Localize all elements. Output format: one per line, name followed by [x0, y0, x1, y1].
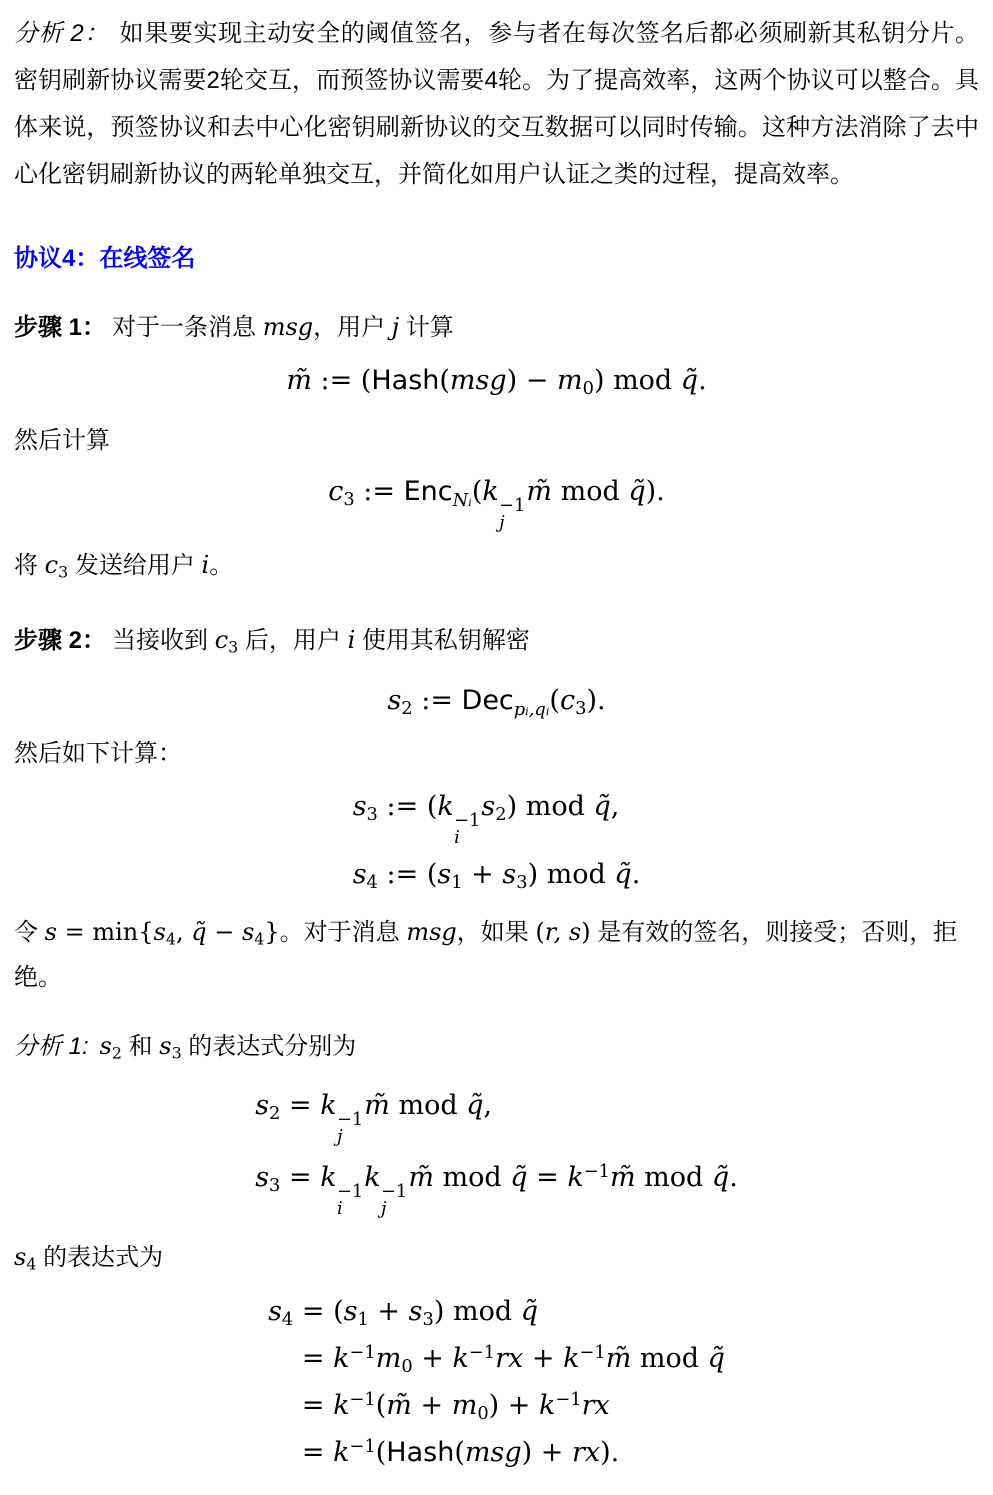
math-superscript: −1: [584, 1161, 610, 1182]
math-italic-run: q̃: [681, 365, 698, 396]
math-roman-run: := (: [312, 365, 371, 396]
math-italic-run: k: [364, 1162, 380, 1193]
math-subsup: −1i: [454, 813, 480, 847]
math-italic-run: rx: [572, 1437, 600, 1468]
math-roman-run: := (: [387, 791, 438, 822]
analysis-1-line: 分析 1:s2 和 s3 的表达式分别为: [14, 1029, 979, 1070]
math-subscript: 2: [269, 1103, 280, 1124]
s4-expression-intro-line: s4 的表达式为: [14, 1240, 979, 1281]
math-italic-run: rx: [582, 1390, 610, 1421]
math-roman-run: ).: [600, 1437, 619, 1468]
math-italic-run: c: [215, 626, 228, 654]
math-italic-run: q̃: [521, 1296, 538, 1327]
math-roman-run: (: [454, 1437, 465, 1468]
equation-lhs: s4: [268, 1289, 293, 1336]
math-roman-run: −: [207, 918, 242, 946]
math-roman-run: mod: [636, 1162, 712, 1193]
math-subscript: 3: [516, 871, 527, 892]
math-subsup: −1j: [337, 1112, 363, 1146]
text-run: ，如果: [457, 919, 536, 946]
formula-s2-s3-expressions: s2= k−1jm̃ mod q̃,s3= k−1ik−1jm̃ mod q̃ …: [14, 1080, 979, 1224]
math-roman-run: (: [549, 685, 560, 716]
math-italic-run: k: [453, 1343, 469, 1374]
math-roman-run: ) mod: [528, 859, 615, 890]
math-subscript: 2: [112, 1043, 122, 1062]
math-italic-run: k: [437, 791, 453, 822]
math-roman-run: +: [523, 1343, 563, 1374]
equation-rhs: = k−1jm̃ mod q̃,: [289, 1080, 738, 1152]
math-italic-run: s: [242, 918, 254, 946]
math-roman-run: :=: [413, 685, 462, 716]
math-roman-run: (: [472, 476, 483, 507]
math-italic-run: q̃: [510, 1162, 527, 1193]
text-run: 。对于消息: [280, 919, 407, 946]
math-roman-run: ) −: [507, 365, 557, 396]
math-subscript: 1: [451, 871, 462, 892]
text-run: 发送给用户: [68, 552, 201, 579]
math-italic-run: m̃: [408, 1162, 434, 1193]
equation-rhs: = k−1ik−1jm̃ mod q̃ = k−1m̃ mod q̃.: [289, 1152, 738, 1224]
math-subscript: 0: [477, 1403, 488, 1424]
math-roman-run: ) mod: [434, 1296, 521, 1327]
text-run: 令: [14, 919, 45, 946]
equation-rhs: = k−1(Hash(msg) + rx).: [302, 1430, 725, 1475]
math-roman-run: = (: [302, 1296, 344, 1327]
math-italic-run: q̃: [614, 859, 631, 890]
math-italic-run: q̃: [593, 791, 610, 822]
then-compute-line: 然后计算: [14, 424, 979, 458]
formula-c3-enc: c3 := EncNᵢ(k−1jm̃ mod q̃).: [14, 472, 979, 532]
math-italic-run: s: [154, 918, 166, 946]
math-italic-run: k: [333, 1343, 349, 1374]
italic-text-run: 分析 2：: [14, 20, 109, 47]
math-roman-run: mod: [552, 476, 628, 507]
text-run: 计算: [399, 314, 454, 341]
math-subscript: 0: [401, 1356, 412, 1377]
math-italic-run: m̃: [606, 1343, 632, 1374]
math-subscript: 4: [254, 930, 264, 949]
text-run: 使用其私钥解密: [355, 627, 530, 654]
math-subscript: 0: [583, 378, 594, 399]
math-italic-run: m̃: [286, 365, 312, 396]
math-roman-run: +: [412, 1390, 452, 1421]
math-subscript: pᵢ,qᵢ: [514, 699, 550, 720]
math-italic-run: m: [557, 365, 583, 396]
math-italic-run: m̃: [610, 1162, 636, 1193]
math-roman-run: =: [302, 1343, 333, 1374]
text-run: ，用户: [313, 314, 392, 341]
math-italic-run: s: [255, 1090, 269, 1121]
math-roman-run: =: [528, 1162, 568, 1193]
math-italic-run: q̃: [712, 1162, 729, 1193]
math-roman-run: mod: [434, 1162, 510, 1193]
math-italic-run: s: [344, 1296, 358, 1327]
math-sans-run: Enc: [404, 476, 453, 507]
math-subsup: −1j: [499, 498, 525, 532]
math-italic-run: s: [353, 859, 367, 890]
equation-rhs: = k−1(m̃ + m0) + k−1rx: [302, 1383, 725, 1430]
math-italic-run: s: [437, 859, 451, 890]
formula-s3-s4-block: s3:= (k−1is2) mod q̃,s4:= (s1 + s3) mod …: [14, 783, 979, 900]
math-italic-run: s: [409, 1296, 423, 1327]
math-superscript: −1: [469, 1342, 495, 1363]
math-roman-run: ).: [586, 685, 605, 716]
math-roman-run: +: [413, 1343, 453, 1374]
math-italic-run: s: [255, 1162, 269, 1193]
math-subscript: 4: [166, 930, 176, 949]
math-italic-run: msg: [450, 365, 507, 396]
text-run: 后，用户: [238, 627, 347, 654]
math-roman-run: =: [289, 1090, 320, 1121]
math-roman-run: mod: [631, 1343, 707, 1374]
math-subscript: 4: [26, 1254, 36, 1273]
formula-s2-dec: s2 := Decpᵢ,qᵢ(c3).: [14, 681, 979, 723]
equation-rhs: := (s1 + s3) mod q̃.: [387, 851, 641, 900]
math-italic-run: k: [567, 1162, 583, 1193]
math-italic-run: s: [99, 1032, 111, 1060]
math-roman-run: ) mod: [594, 365, 681, 396]
math-italic-run: s: [502, 859, 516, 890]
math-roman-run: ,: [484, 1090, 493, 1121]
equation-lhs: [268, 1455, 293, 1461]
math-subsup: −1j: [381, 1184, 407, 1218]
math-superscript: −1: [555, 1389, 581, 1410]
math-roman-run: ,: [611, 791, 620, 822]
math-italic-run: s: [353, 791, 367, 822]
math-superscript: −1: [349, 1389, 375, 1410]
math-subscript: 3: [228, 638, 238, 657]
math-italic-run: q̃: [191, 918, 206, 946]
equation-lhs: [268, 1408, 293, 1414]
math-italic-run: r, s: [545, 918, 581, 946]
math-italic-run: q̃: [628, 476, 645, 507]
math-italic-run: s: [481, 791, 495, 822]
math-sans-run: Dec: [462, 685, 514, 716]
bold-text-run: 步骤 1：: [14, 314, 106, 341]
text-run: 如果要实现主动安全的阈值签名，参与者在每次签名后都必须刷新其私钥分片。密钥刷新协…: [14, 20, 979, 188]
math-italic-run: k: [539, 1390, 555, 1421]
math-roman-run: ) mod: [507, 791, 594, 822]
math-subscript: 3: [367, 804, 378, 825]
math-italic-run: k: [333, 1437, 349, 1468]
let-s-min-line: 令 s = min{s4, q̃ − s4}。对于消息 msg，如果 (r, s…: [14, 913, 979, 996]
math-italic-run: m: [452, 1390, 478, 1421]
math-italic-run: c: [328, 476, 343, 507]
math-roman-run: := (: [387, 859, 438, 890]
math-superscript: −1: [579, 1342, 605, 1363]
math-italic-run: msg: [465, 1437, 522, 1468]
math-subscript: Nᵢ: [453, 490, 472, 511]
math-italic-run: c: [560, 685, 575, 716]
math-roman-run: ) +: [489, 1390, 539, 1421]
math-roman-run: (: [439, 365, 450, 396]
text-run: 的表达式为: [36, 1244, 163, 1271]
formula-s4-derivation: s4= (s1 + s3) mod q̃= k−1m0 + k−1rx + k−…: [14, 1289, 979, 1475]
equation-rhs: := (k−1is2) mod q̃,: [387, 783, 641, 851]
math-subscript: 3: [343, 489, 354, 510]
math-italic-run: m̃: [526, 476, 552, 507]
math-roman-run: }: [264, 918, 279, 946]
math-italic-run: m: [376, 1343, 402, 1374]
math-italic-run: c: [45, 551, 58, 579]
math-roman-run: mod: [390, 1090, 466, 1121]
math-roman-run: =: [302, 1390, 333, 1421]
math-subscript: 1: [358, 1309, 369, 1330]
equation-rhs: = (s1 + s3) mod q̃: [302, 1289, 725, 1336]
math-roman-run: (: [376, 1390, 387, 1421]
equation-lhs: s3: [255, 1152, 280, 1205]
text-run: 。: [209, 552, 233, 579]
math-roman-run: .: [729, 1162, 738, 1193]
text-run: 和: [122, 1033, 159, 1060]
math-italic-run: q̃: [466, 1090, 483, 1121]
math-roman-run: ).: [646, 476, 665, 507]
math-italic-run: s: [268, 1296, 282, 1327]
math-superscript: −1: [349, 1342, 375, 1363]
math-italic-run: k: [333, 1390, 349, 1421]
math-subscript: 2: [401, 698, 412, 719]
math-roman-run: ): [581, 918, 590, 946]
math-subscript: 3: [269, 1175, 280, 1196]
math-italic-run: s: [387, 685, 401, 716]
math-roman-run: +: [463, 859, 503, 890]
document-page: 分析 2：如果要实现主动安全的阈值签名，参与者在每次签名后都必须刷新其私钥分片。…: [14, 10, 979, 1475]
math-sans-run: Hash: [386, 1437, 454, 1468]
math-italic-run: k: [482, 476, 498, 507]
math-subscript: 3: [58, 562, 68, 581]
math-roman-run: .: [698, 365, 707, 396]
text-run: 当接收到: [112, 627, 215, 654]
math-italic-run: s: [14, 1243, 26, 1271]
then-compute-2-line: 然后如下计算：: [14, 737, 979, 771]
text-run: 将: [14, 552, 45, 579]
math-italic-run: rx: [495, 1343, 523, 1374]
equation-lhs: [268, 1361, 293, 1367]
equation-lhs: s3: [353, 783, 378, 832]
math-subscript: 4: [367, 871, 378, 892]
math-roman-run: = min{: [57, 918, 154, 946]
math-roman-run: :=: [355, 476, 404, 507]
math-subscript: 3: [575, 698, 586, 719]
equation-lhs: s4: [353, 851, 378, 900]
equation-rhs: = k−1m0 + k−1rx + k−1m̃ mod q̃: [302, 1336, 725, 1383]
math-subsup: −1i: [337, 1184, 363, 1218]
math-italic-run: msg: [263, 313, 313, 341]
math-italic-run: m̃: [386, 1390, 412, 1421]
math-roman-run: =: [302, 1437, 333, 1468]
italic-text-run: 分析 1:: [14, 1033, 89, 1060]
math-roman-run: =: [289, 1162, 320, 1193]
math-roman-run: +: [369, 1296, 409, 1327]
step-1-line: 步骤 1：对于一条消息 msg，用户 j 计算: [14, 310, 979, 345]
equation-lhs: s2: [255, 1080, 280, 1133]
step-2-line: 步骤 2：当接收到 c3 后，用户 i 使用其私钥解密: [14, 623, 979, 664]
bold-text-run: 步骤 2：: [14, 627, 106, 654]
math-roman-run: (: [376, 1437, 387, 1468]
math-subscript: 3: [172, 1043, 182, 1062]
math-italic-run: k: [320, 1162, 336, 1193]
math-italic-run: s: [159, 1032, 171, 1060]
send-c3-line: 将 c3 发送给用户 i。: [14, 548, 979, 589]
formula-m-tilde: m̃ := (Hash(msg) − m0) mod q̃.: [14, 361, 979, 402]
math-italic-run: k: [320, 1090, 336, 1121]
math-italic-run: s: [45, 918, 57, 946]
analysis-2-paragraph: 分析 2：如果要实现主动安全的阈值签名，参与者在每次签名后都必须刷新其私钥分片。…: [14, 10, 979, 198]
math-subscript: 2: [495, 804, 506, 825]
text-run: 对于一条消息: [112, 314, 263, 341]
math-superscript: −1: [349, 1436, 375, 1457]
math-subscript: 4: [282, 1309, 293, 1330]
math-italic-run: k: [563, 1343, 579, 1374]
math-roman-run: (: [535, 918, 544, 946]
math-italic-run: m̃: [364, 1090, 390, 1121]
math-roman-run: ) +: [522, 1437, 572, 1468]
math-roman-run: .: [632, 859, 641, 890]
math-subscript: 3: [423, 1309, 434, 1330]
math-italic-run: q̃: [708, 1343, 725, 1374]
math-sans-run: Hash: [371, 365, 439, 396]
protocol-4-heading: 协议4：在线签名: [14, 244, 979, 274]
math-italic-run: msg: [406, 918, 456, 946]
text-run: 的表达式分别为: [182, 1033, 357, 1060]
math-roman-run: ,: [176, 918, 191, 946]
